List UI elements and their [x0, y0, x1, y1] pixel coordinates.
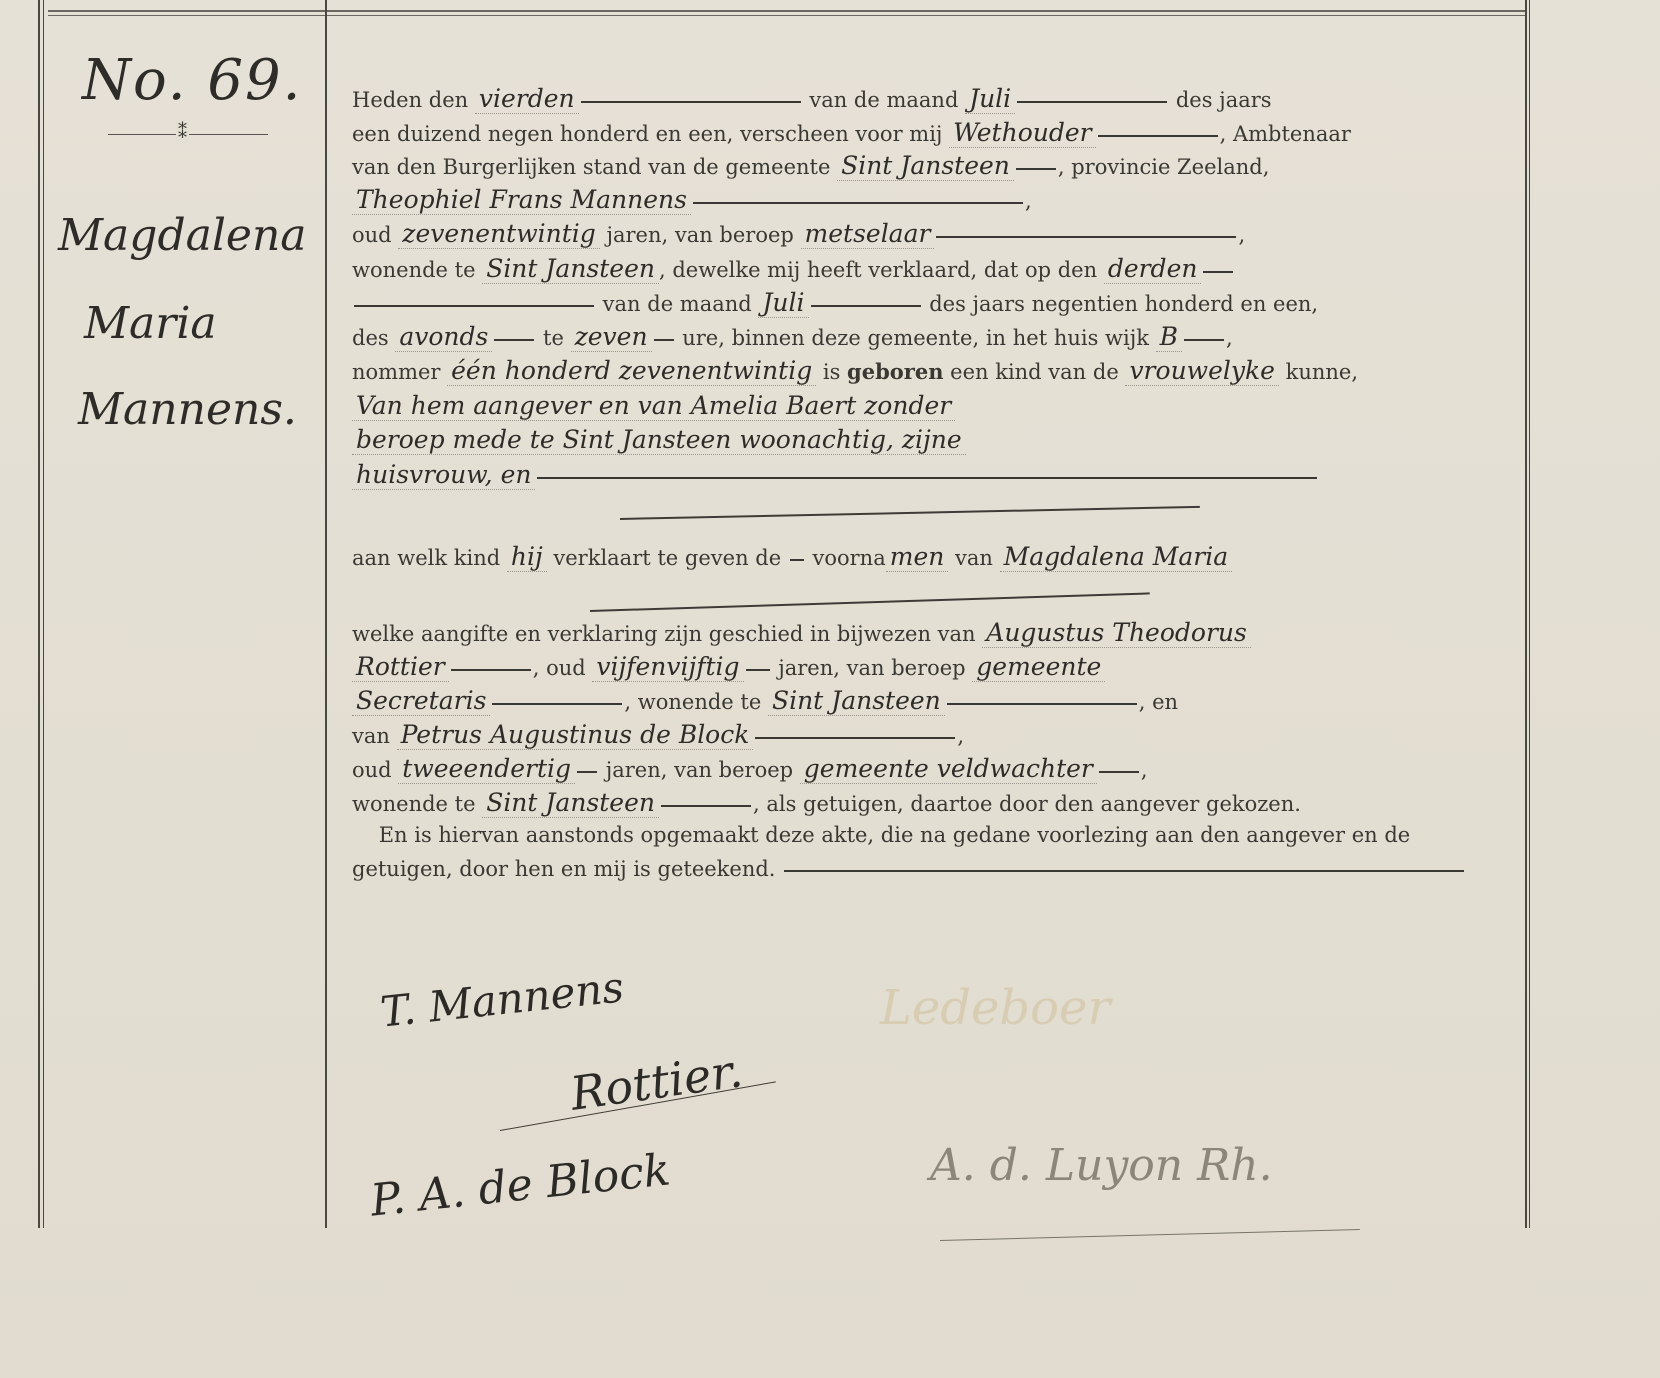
- signature-official: A. d. Luyon Rh.: [930, 1140, 1273, 1191]
- printed-text: jaren, van beroep: [599, 758, 800, 782]
- handwritten-entry: één honderd zevenentwintig: [447, 356, 816, 386]
- handwritten-entry: Van hem aangever en van Amelia Baert zon…: [352, 391, 955, 421]
- certificate-line: oud zevenentwintig jaren, van beroep met…: [352, 217, 1502, 251]
- printed-text: aan welk kind: [352, 546, 507, 570]
- right-border: [1525, 0, 1527, 1228]
- fill-dash: [811, 305, 921, 307]
- right-border-inner: [1529, 0, 1530, 1228]
- printed-text: , provincie Zeeland,: [1058, 155, 1270, 179]
- bleed-through-text: Ledeboer: [880, 980, 1110, 1036]
- handwritten-entry: vierden: [475, 84, 579, 114]
- printed-bold-text: geboren: [847, 359, 943, 384]
- handwritten-entry: Augustus Theodorus: [982, 618, 1251, 648]
- printed-text: , als getuigen, daartoe door den aangeve…: [753, 792, 1301, 816]
- fill-dash: [784, 870, 1464, 872]
- handwritten-entry: Juli: [965, 84, 1015, 114]
- handwritten-entry: metselaar: [801, 219, 935, 249]
- handwritten-entry: Sint Jansteen: [482, 254, 659, 284]
- handwritten-entry: gemeente veldwachter: [800, 754, 1097, 784]
- printed-text: welke aangifte en verklaring zijn geschi…: [352, 622, 982, 646]
- handwritten-entry: zevenentwintig: [398, 219, 599, 249]
- handwritten-entry: beroep mede te Sint Jansteen woonachtig,…: [352, 425, 966, 455]
- handwritten-entry: B: [1156, 322, 1182, 352]
- printed-text: getuigen, door hen en mij is geteekend.: [352, 857, 782, 881]
- printed-text: voorna: [806, 546, 886, 570]
- handwritten-entry: Sint Jansteen: [768, 686, 945, 716]
- printed-text: Heden den: [352, 88, 475, 112]
- fill-dash: [654, 339, 674, 341]
- printed-text: wonende te: [352, 792, 482, 816]
- official-flourish: [940, 1229, 1360, 1241]
- printed-text: is: [816, 360, 847, 384]
- printed-text: ,: [1238, 223, 1245, 247]
- printed-text: ure, binnen deze gemeente, in het huis w…: [676, 326, 1156, 350]
- certificate-line: van de maand Juli des jaars negentien ho…: [352, 286, 1502, 320]
- fill-dash: [1098, 135, 1218, 137]
- printed-text: te: [536, 326, 570, 350]
- fill-dash: [492, 703, 622, 705]
- printed-text: verklaart te geven de: [547, 546, 788, 570]
- certificate-line: aan welk kind hij verklaart te geven de …: [352, 540, 1502, 574]
- printed-text: , oud: [533, 656, 593, 680]
- certificate-line: wonende te Sint Jansteen, dewelke mij he…: [352, 252, 1502, 286]
- certificate-line: Heden den vierden van de maand Juli des …: [352, 82, 1502, 116]
- fill-dash: [661, 805, 751, 807]
- fill-dash: [947, 703, 1137, 705]
- signature-father: T. Mannens: [378, 962, 626, 1036]
- printed-text: een kind van de: [943, 360, 1125, 384]
- certificate-line: getuigen, door hen en mij is geteekend.: [352, 852, 1502, 886]
- printed-text: , wonende te: [624, 690, 768, 714]
- handwritten-entry: avonds: [395, 322, 492, 352]
- fill-dash: [1016, 168, 1056, 170]
- handwritten-entry: Wethouder: [949, 118, 1096, 148]
- handwritten-entry: vijfenvijftig: [592, 652, 743, 682]
- handwritten-entry: zeven: [571, 322, 652, 352]
- printed-text: des: [352, 326, 395, 350]
- fill-dash: [755, 737, 955, 739]
- handwritten-entry: vrouwelyke: [1125, 356, 1278, 386]
- handwritten-entry: Sint Jansteen: [482, 788, 659, 818]
- entry-number: No. 69.: [82, 48, 302, 113]
- fill-dash: [1184, 339, 1224, 341]
- printed-text: van de maand: [803, 88, 965, 112]
- certificate-line: des avonds te zeven ure, binnen deze gem…: [352, 320, 1502, 354]
- certificate-line: een duizend negen honderd en een, versch…: [352, 116, 1502, 150]
- handwritten-entry: Rottier: [352, 652, 449, 682]
- certificate-line: Theophiel Frans Mannens,: [352, 183, 1502, 217]
- certificate-line: nommer één honderd zevenentwintig is geb…: [352, 354, 1502, 388]
- certificate-line: Van hem aangever en van Amelia Baert zon…: [352, 389, 1502, 423]
- printed-text: ,: [1226, 326, 1233, 350]
- printed-text: van: [352, 724, 397, 748]
- handwritten-entry: derden: [1104, 254, 1202, 284]
- fill-dash: [693, 202, 1023, 204]
- margin-name-first: Magdalena: [58, 210, 307, 261]
- printed-text: van den Burgerlijken stand van de gemeen…: [352, 155, 837, 179]
- printed-text: ,: [1141, 758, 1148, 782]
- printed-text: ,: [957, 724, 964, 748]
- handwritten-entry: Juli: [758, 288, 808, 318]
- margin-name-last: Mannens.: [78, 384, 297, 435]
- fill-dash: [354, 305, 594, 307]
- printed-text: een duizend negen honderd en een, versch…: [352, 122, 949, 146]
- handwritten-entry: gemeente: [972, 652, 1105, 682]
- fill-dash: [936, 236, 1236, 238]
- printed-text: oud: [352, 223, 398, 247]
- printed-text: , en: [1139, 690, 1178, 714]
- printed-text: , Ambtenaar: [1220, 122, 1351, 146]
- certificate-line: oud tweeendertig jaren, van beroep gemee…: [352, 752, 1502, 786]
- handwritten-entry: Sint Jansteen: [837, 151, 1014, 181]
- certificate-line: Rottier, oud vijfenvijftig jaren, van be…: [352, 650, 1502, 684]
- printed-text: , dewelke mij heeft verklaard, dat op de…: [659, 258, 1104, 282]
- certificate-line: van den Burgerlijken stand van de gemeen…: [352, 149, 1502, 183]
- column-divider: [325, 0, 327, 1228]
- fill-dash: [577, 771, 597, 773]
- printed-text: jaren, van beroep: [600, 223, 801, 247]
- certificate-line: van Petrus Augustinus de Block,: [352, 718, 1502, 752]
- handwritten-entry: huisvrouw, en: [352, 460, 535, 490]
- handwritten-entry: Magdalena Maria: [1000, 542, 1233, 572]
- signature-witness-rottier: Rottier.: [567, 1043, 746, 1121]
- printed-text: oud: [352, 758, 398, 782]
- ornament-icon: ⁑: [176, 122, 189, 143]
- top-rule: [48, 10, 1526, 12]
- fill-dash: [451, 669, 531, 671]
- printed-text: ,: [1025, 189, 1032, 213]
- fill-dash: [494, 339, 534, 341]
- margin-ornament: ⁑: [108, 128, 268, 142]
- fill-dash: [746, 669, 770, 671]
- handwritten-entry: Petrus Augustinus de Block: [397, 720, 754, 750]
- handwritten-entry: Theophiel Frans Mannens: [352, 185, 691, 215]
- certificate-line: beroep mede te Sint Jansteen woonachtig,…: [352, 423, 1502, 457]
- printed-text: jaren, van beroep: [772, 656, 973, 680]
- fill-dash: [581, 101, 801, 103]
- register-page: No. 69. ⁑ Magdalena Maria Mannens. Heden…: [0, 0, 1660, 1378]
- certificate-line: wonende te Sint Jansteen, als getuigen, …: [352, 786, 1502, 820]
- printed-text: En is hiervan aanstonds opgemaakt deze a…: [352, 823, 1410, 847]
- handwritten-entry: hij: [507, 542, 547, 572]
- printed-text: van: [948, 546, 999, 570]
- printed-text: wonende te: [352, 258, 482, 282]
- printed-text: des jaars negentien honderd en een,: [923, 292, 1319, 316]
- certificate-line: huisvrouw, en: [352, 458, 1502, 492]
- certificate-line: Secretaris, wonende te Sint Jansteen, en: [352, 684, 1502, 718]
- handwritten-entry: tweeendertig: [398, 754, 575, 784]
- fill-dash: [790, 559, 804, 561]
- printed-text: des jaars: [1169, 88, 1271, 112]
- top-rule-2: [48, 15, 1526, 16]
- certificate-line: En is hiervan aanstonds opgemaakt deze a…: [352, 818, 1502, 852]
- fill-dash: [1203, 271, 1233, 273]
- fill-dash: [537, 477, 1317, 479]
- printed-text: nommer: [352, 360, 447, 384]
- handwritten-entry: men: [886, 542, 949, 572]
- left-border-inner: [43, 0, 44, 1228]
- printed-text: van de maand: [596, 292, 758, 316]
- left-border: [38, 0, 40, 1228]
- printed-text: kunne,: [1279, 360, 1358, 384]
- fill-dash: [1017, 101, 1167, 103]
- certificate-line: [352, 504, 1502, 538]
- handwritten-entry: Secretaris: [352, 686, 490, 716]
- margin-name-middle: Maria: [84, 298, 217, 349]
- certificate-line: welke aangifte en verklaring zijn geschi…: [352, 616, 1502, 650]
- signature-witness-block: P. A. de Block: [368, 1144, 672, 1226]
- fill-dash: [1099, 771, 1139, 773]
